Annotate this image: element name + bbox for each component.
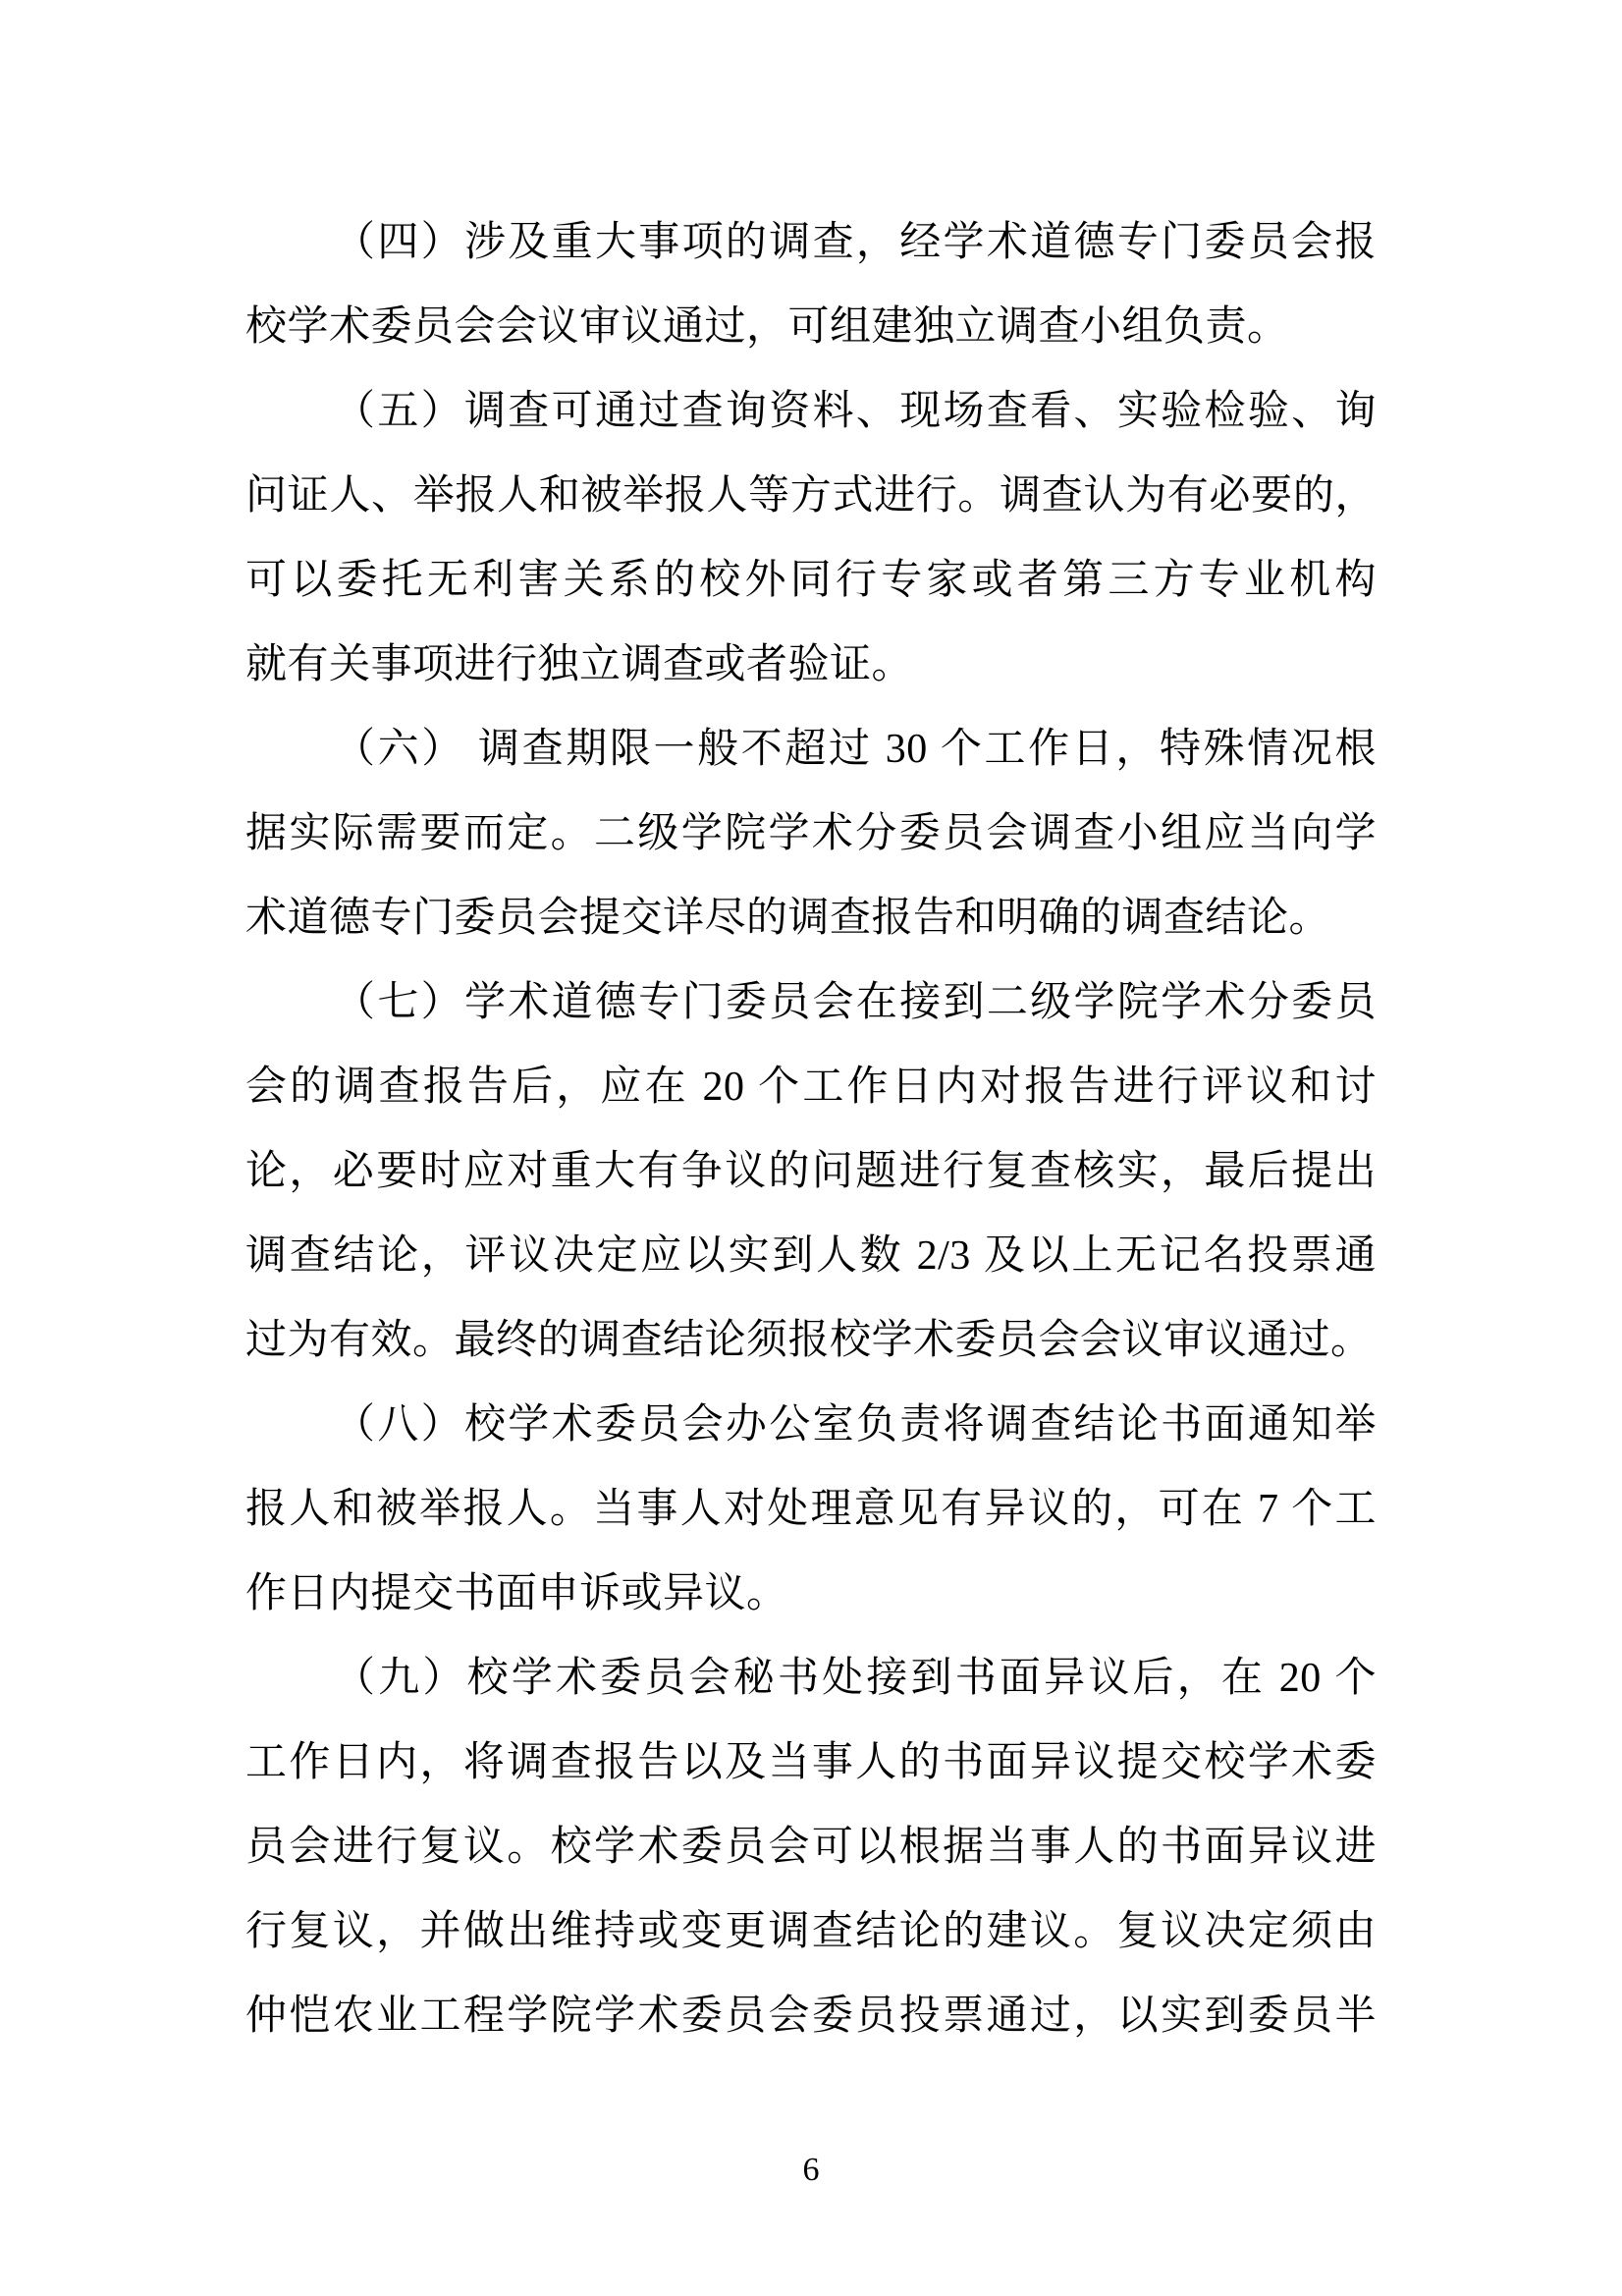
document-page: （四）涉及重大事项的调查，经学术道德专门委员会报 校学术委员会会议审议通过，可组… bbox=[0, 0, 1622, 2296]
text-line: （四）涉及重大事项的调查，经学术道德专门委员会报 bbox=[245, 200, 1377, 285]
text-line: 行复议，并做出维持或变更调查结论的建议。复议决定须由 bbox=[245, 1889, 1377, 1974]
text-line: 工作日内，将调查报告以及当事人的书面异议提交校学术委 bbox=[245, 1721, 1377, 1805]
paragraph-item-4: （四）涉及重大事项的调查，经学术道德专门委员会报 校学术委员会会议审议通过，可组… bbox=[245, 200, 1377, 369]
paragraph-item-6: （六） 调查期限一般不超过 30 个工作日，特殊情况根 据实际需要而定。二级学院… bbox=[245, 707, 1377, 960]
text-line: 作日内提交书面申诉或异议。 bbox=[245, 1552, 1377, 1636]
text-line: 仲恺农业工程学院学术委员会委员投票通过，以实到委员半 bbox=[245, 1974, 1377, 2058]
paragraph-item-9: （九）校学术委员会秘书处接到书面异议后，在 20 个 工作日内，将调查报告以及当… bbox=[245, 1636, 1377, 2058]
text-line: （六） 调查期限一般不超过 30 个工作日，特殊情况根 bbox=[245, 707, 1377, 792]
text-line: （五）调查可通过查询资料、现场查看、实验检验、询 bbox=[245, 369, 1377, 454]
paragraph-item-7: （七）学术道德专门委员会在接到二级学院学术分委员 会的调查报告后，应在 20 个… bbox=[245, 960, 1377, 1383]
text-line: 论，必要时应对重大有争议的问题进行复查核实，最后提出 bbox=[245, 1129, 1377, 1214]
paragraph-item-5: （五）调查可通过查询资料、现场查看、实验检验、询 问证人、举报人和被举报人等方式… bbox=[245, 369, 1377, 707]
text-line: 就有关事项进行独立调查或者验证。 bbox=[245, 623, 1377, 707]
text-line: （八）校学术委员会办公室负责将调查结论书面通知举 bbox=[245, 1383, 1377, 1467]
text-line: （九）校学术委员会秘书处接到书面异议后，在 20 个 bbox=[245, 1636, 1377, 1721]
text-line: 报人和被举报人。当事人对处理意见有异议的，可在 7 个工 bbox=[245, 1467, 1377, 1552]
text-line: 可以委托无利害关系的校外同行专家或者第三方专业机构 bbox=[245, 538, 1377, 623]
text-line: 术道德专门委员会提交详尽的调查报告和明确的调查结论。 bbox=[245, 876, 1377, 960]
text-line: 调查结论，评议决定应以实到人数 2/3 及以上无记名投票通 bbox=[245, 1214, 1377, 1298]
text-line: 校学术委员会会议审议通过，可组建独立调查小组负责。 bbox=[245, 285, 1377, 369]
text-line: 问证人、举报人和被举报人等方式进行。调查认为有必要的， bbox=[245, 454, 1377, 538]
text-line: 员会进行复议。校学术委员会可以根据当事人的书面异议进 bbox=[245, 1805, 1377, 1889]
text-line: 据实际需要而定。二级学院学术分委员会调查小组应当向学 bbox=[245, 792, 1377, 876]
page-number: 6 bbox=[803, 2151, 820, 2190]
page-footer: 6 bbox=[0, 2151, 1622, 2190]
text-line: （七）学术道德专门委员会在接到二级学院学术分委员 bbox=[245, 960, 1377, 1045]
paragraph-item-8: （八）校学术委员会办公室负责将调查结论书面通知举 报人和被举报人。当事人对处理意… bbox=[245, 1383, 1377, 1636]
text-line: 会的调查报告后，应在 20 个工作日内对报告进行评议和讨 bbox=[245, 1045, 1377, 1129]
document-body: （四）涉及重大事项的调查，经学术道德专门委员会报 校学术委员会会议审议通过，可组… bbox=[245, 200, 1377, 2058]
text-line: 过为有效。最终的调查结论须报校学术委员会会议审议通过。 bbox=[245, 1298, 1377, 1383]
